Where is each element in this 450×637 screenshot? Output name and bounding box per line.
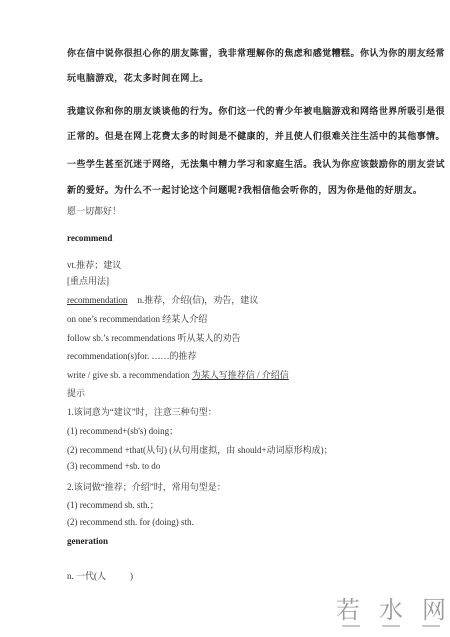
watermark-char-3: 网 [422,597,446,623]
tip-6: (1) recommend sb. sth.； [67,498,159,511]
derivative-line: recommendationn.推荐，介绍(信)，劝告，建议 [67,293,258,306]
tip-4: (3) recommend +sb. to do [67,461,160,471]
phrase-4: write / give sb. a recommendation 为某人写推荐… [67,368,289,381]
letter-p2-line2: 正常的。但是在网上花费太多的时间是不健康的，并且使人们很难关注生活中的其他事情。 [67,129,445,142]
entry-heading-generation: generation [67,536,108,546]
phrase-1: on one’s recommendation 经某人介绍 [67,312,207,325]
letter-p2-line1: 我建议你和你的朋友谈谈他的行为。你们这一代的青少年被电脑游戏和网络世界所吸引是很 [67,104,445,117]
tip-2: (1) recommend+(sb's) doing； [67,424,178,437]
phrase-2: follow sb.’s recommendations 听从某人的劝告 [67,331,240,344]
derivative-word: recommendation [67,295,127,305]
watermark-char-2: 水 [379,597,403,623]
tip-7: (2) recommend sth. for (doing) sth. [67,517,194,527]
tip-5: 2.该词做“推荐；介绍”时，常用句型是： [67,480,226,493]
letter-p2-line3: 一些学生甚至沉迷于网络，无法集中精力学习和家庭生活。我认为你应该鼓励你的朋友尝试 [67,157,445,170]
letter-closing: 愿一切都好！ [67,204,121,217]
generation-def-prefix: n. 一代(人 [67,571,106,581]
letter-p1-line2: 玩电脑游戏，花太多时间在网上。 [67,71,209,84]
letter-p2-line4: 新的爱好。为什么不一起讨论这个问题呢?我相信他会听你的，因为你是他的好朋友。 [67,183,422,196]
watermark-logo: 若 水 网 [336,597,446,633]
tip-3: (2) recommend +that(从句) (从句用虚拟，由 should+… [67,443,333,456]
watermark-char-1: 若 [336,597,360,623]
usage-label: [重点用法] [67,274,109,287]
entry-definition: vt.推荐；建议 [67,258,121,271]
tip-label: 提示 [67,386,85,399]
phrase-4-text: write / give sb. a recommendation [67,370,192,380]
tip-1: 1.该词意为“建议”时，注意三种句型： [67,405,217,418]
entry-heading-recommend: recommend [67,233,112,243]
phrase-4-underlined: 为某人写推荐信 / 介绍信 [192,370,289,380]
phrase-3: recommendation(s)for. ……的推荐 [67,349,196,362]
derivative-meaning: n.推荐，介绍(信)，劝告，建议 [137,295,258,305]
letter-p1-line1: 你在信中说你很担心你的朋友陈雷，我非常理解你的焦虑和感觉糟糕。你认为你的朋友经常 [67,46,445,59]
generation-def-suffix: ) [130,571,133,581]
generation-definition: n. 一代(人) [67,569,133,582]
